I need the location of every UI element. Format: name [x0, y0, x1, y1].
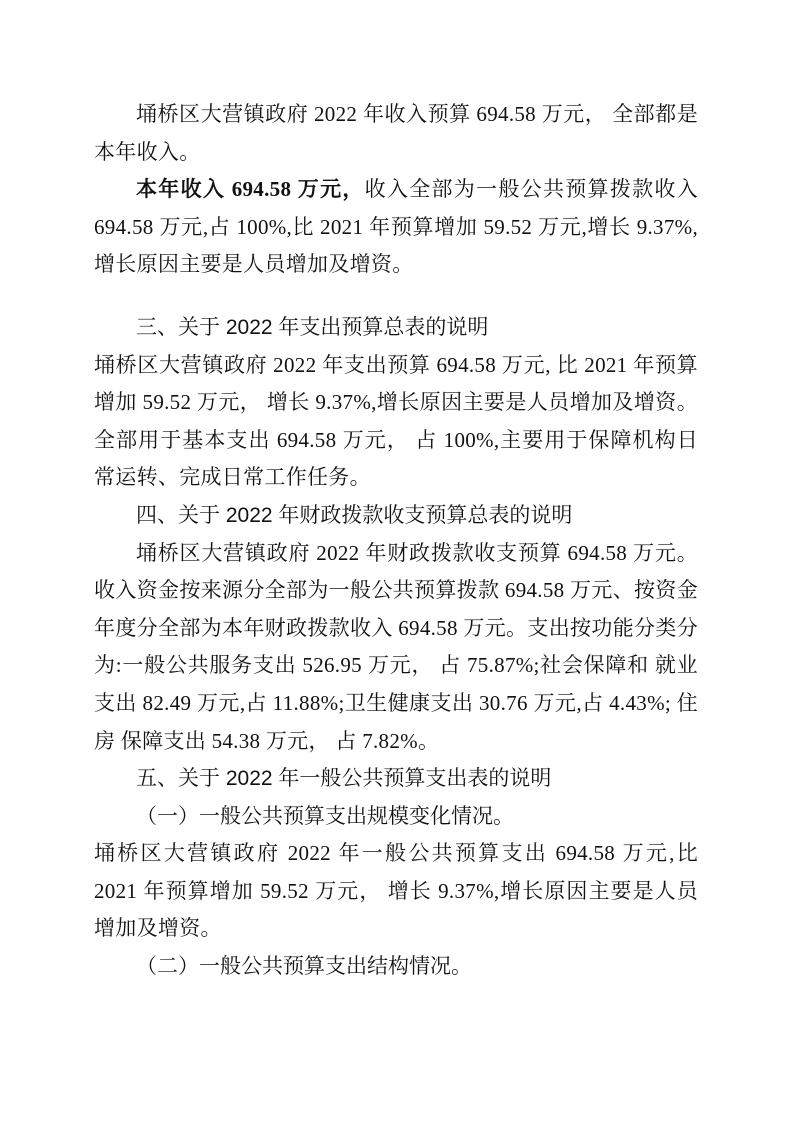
heading-subsection-5-1-scale-change: （一）一般公共预算支出规模变化情况。 — [94, 798, 698, 836]
heading-subsection-5-2-structure: （二）一般公共预算支出结构情况。 — [94, 948, 698, 986]
paragraph-income-total: 埇桥区大营镇政府 2022 年收入预算 694.58 万元， 全部都是本年收入。 — [94, 96, 698, 171]
paragraph-current-year-income: 本年收入 694.58 万元，收入全部为一般公共预算拨款收入 694.58 万元… — [94, 171, 698, 284]
heading-section-3-expenditure-budget: 三、关于 2022 年支出预算总表的说明 — [94, 309, 698, 347]
paragraph-expenditure-budget: 埇桥区大营镇政府 2022 年支出预算 694.58 万元, 比 2021 年预… — [94, 347, 698, 497]
paragraph-general-public-budget: 埇桥区大营镇政府 2022 年一般公共预算支出 694.58 万元,比 2021… — [94, 835, 698, 948]
heading-section-5-general-public-budget: 五、关于 2022 年一般公共预算支出表的说明 — [94, 760, 698, 798]
paragraph-fiscal-appropriation: 埇桥区大营镇政府 2022 年财政拨款收支预算 694.58 万元。 收入资金按… — [94, 535, 698, 761]
bold-lead-current-year-income: 本年收入 694.58 万元， — [136, 177, 365, 201]
heading-section-4-fiscal-appropriation: 四、关于 2022 年财政拨款收支预算总表的说明 — [94, 497, 698, 535]
document-page: 埇桥区大营镇政府 2022 年收入预算 694.58 万元， 全部都是本年收入。… — [0, 0, 793, 1122]
